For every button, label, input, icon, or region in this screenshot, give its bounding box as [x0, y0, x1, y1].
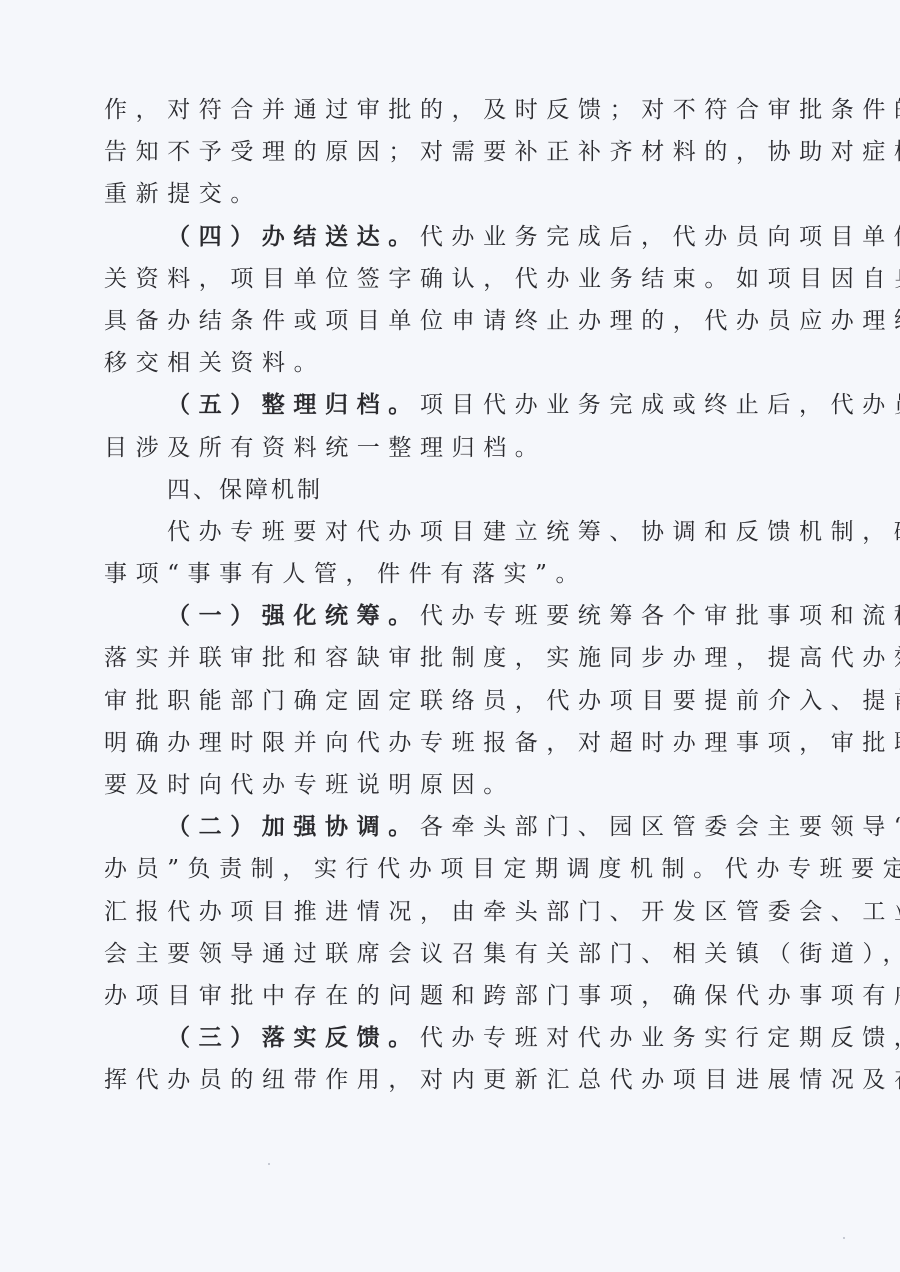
paragraph-start-line: （四）办结送达。代办业务完成后，代办员向项目单位移交有 — [104, 216, 804, 258]
text-line: 移交相关资料。 — [104, 342, 804, 384]
scan-speck — [268, 1163, 270, 1165]
section-heading-line: 四、保障机制 — [104, 469, 804, 511]
subsection-title-luoshi-fankui: （三）落实反馈。 — [167, 1025, 420, 1051]
text-span: 代办业务完成后，代办员向项目单位移交有 — [420, 224, 900, 250]
document-body: 作，对符合并通过审批的，及时反馈；对不符合审批条件的，明确 告知不予受理的原因；… — [104, 89, 804, 1102]
scan-speck — [390, 747, 392, 749]
document-page: 作，对符合并通过审批的，及时反馈；对不符合审批条件的，明确 告知不予受理的原因；… — [0, 0, 900, 1272]
paragraph-start-line: （三）落实反馈。代办专班对代办业务实行定期反馈，充分发 — [104, 1017, 804, 1059]
text-span: 各牵头部门、园区管委会主要领导“首席代 — [420, 814, 900, 840]
subsection-title-zhengli-guidang: （五）整理归档。 — [167, 392, 420, 418]
paragraph-start-line: 代办专班要对代办项目建立统筹、协调和反馈机制，确保代办 — [104, 511, 804, 553]
text-line: 具备办结条件或项目单位申请终止办理的，代办员应办理终止手续， — [104, 300, 804, 342]
text-line: 事项“事事有人管，件件有落实”。 — [104, 553, 804, 595]
subsection-title-qianghua-tongchou: （一）强化统筹。 — [167, 603, 420, 629]
paragraph-start-line: （五）整理归档。项目代办业务完成或终止后，代办员应将项 — [104, 384, 804, 426]
text-line: 作，对符合并通过审批的，及时反馈；对不符合审批条件的，明确 — [104, 89, 804, 131]
text-line: 明确办理时限并向代办专班报备，对超时办理事项，审批职能部门 — [104, 722, 804, 764]
text-line: 办项目审批中存在的问题和跨部门事项，确保代办事项有序推进。 — [104, 975, 804, 1017]
paragraph-start-line: （一）强化统筹。代办专班要统筹各个审批事项和流程，督促 — [104, 595, 804, 637]
text-span: 项目代办业务完成或终止后，代办员应将项 — [420, 392, 900, 418]
text-line: 汇报代办项目推进情况，由牵头部门、开发区管委会、工业园管委 — [104, 891, 804, 933]
text-span: 代办专班对代办业务实行定期反馈，充分发 — [420, 1025, 900, 1051]
text-line: 告知不予受理的原因；对需要补正补齐材料的，协助对症梳理材料， — [104, 131, 804, 173]
text-line: 目涉及所有资料统一整理归档。 — [104, 427, 804, 469]
text-line: 落实并联审批和容缺审批制度，实施同步办理，提高代办效率。各 — [104, 637, 804, 679]
text-line: 办员”负责制，实行代办项目定期调度机制。代办专班要定期梳理 — [104, 848, 804, 890]
text-line: 挥代办员的纽带作用，对内更新汇总代办项目进展情况及存在的问 — [104, 1059, 804, 1101]
text-line: 重新提交。 — [104, 173, 804, 215]
text-line: 关资料，项目单位签字确认，代办业务结束。如项目因自身原因不 — [104, 258, 804, 300]
text-span: 代办专班要统筹各个审批事项和流程，督促 — [420, 603, 900, 629]
text-line: 会主要领导通过联席会议召集有关部门、相关镇（街道），协调代 — [104, 933, 804, 975]
paragraph-start-line: （二）加强协调。各牵头部门、园区管委会主要领导“首席代 — [104, 806, 804, 848]
section-heading: 四、保障机制 — [167, 477, 323, 503]
scan-speck — [843, 1237, 845, 1239]
text-line: 审批职能部门确定固定联络员，代办项目要提前介入、提前指导， — [104, 680, 804, 722]
subsection-title-banjie-songda: （四）办结送达。 — [167, 224, 420, 250]
subsection-title-jiaqiang-xietiao: （二）加强协调。 — [167, 814, 420, 840]
text-line: 要及时向代办专班说明原因。 — [104, 764, 804, 806]
